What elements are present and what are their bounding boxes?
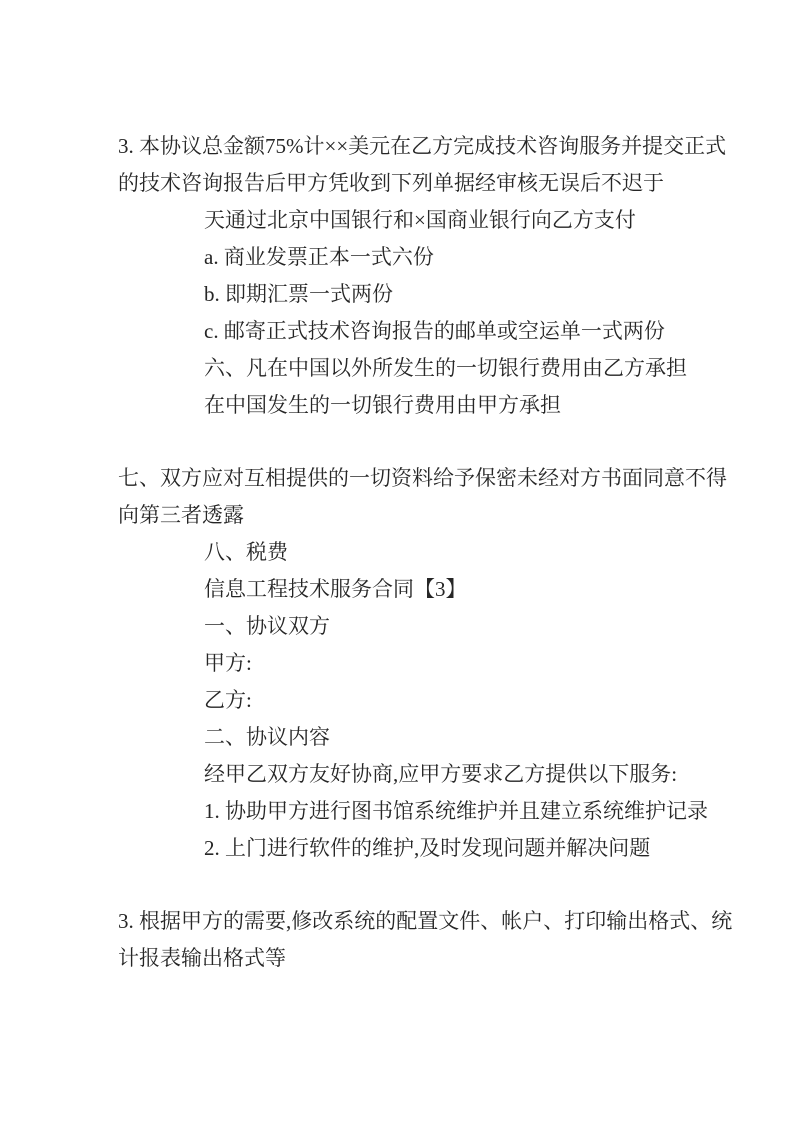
doc-line: 2. 上门进行软件的维护,及时发现问题并解决问题	[204, 830, 800, 867]
doc-line: 乙方:	[204, 682, 800, 719]
doc-line: 的技术咨询报告后甲方凭收到下列单据经审核无误后不迟于	[118, 165, 800, 202]
doc-line: a. 商业发票正本一式六份	[204, 239, 800, 276]
doc-line: 七、双方应对互相提供的一切资料给予保密未经对方书面同意不得	[118, 460, 800, 497]
doc-line: 八、税费	[204, 534, 800, 571]
doc-line: 在中国发生的一切银行费用由甲方承担	[204, 387, 800, 424]
doc-line: b. 即期汇票一式两份	[204, 276, 800, 313]
doc-line: 一、协议双方	[204, 608, 800, 645]
doc-blank-line	[0, 424, 800, 460]
doc-line: 二、协议内容	[204, 719, 800, 756]
doc-blank-line	[0, 867, 800, 903]
doc-line: 向第三者透露	[118, 497, 800, 534]
doc-line: 3. 根据甲方的需要,修改系统的配置文件、帐户、打印输出格式、统	[118, 903, 800, 940]
doc-line: 信息工程技术服务合同【3】	[204, 571, 800, 608]
doc-line: 3. 本协议总金额75%计××美元在乙方完成技术咨询服务并提交正式	[118, 128, 800, 165]
doc-line: 经甲乙双方友好协商,应甲方要求乙方提供以下服务:	[204, 756, 800, 793]
doc-line: c. 邮寄正式技术咨询报告的邮单或空运单一式两份	[204, 313, 800, 350]
doc-line: 六、凡在中国以外所发生的一切银行费用由乙方承担	[204, 350, 800, 387]
doc-line: 计报表输出格式等	[118, 940, 800, 977]
document-page: 3. 本协议总金额75%计××美元在乙方完成技术咨询服务并提交正式 的技术咨询报…	[0, 0, 800, 1132]
doc-line: 天通过北京中国银行和×国商业银行向乙方支付	[204, 202, 800, 239]
doc-line: 1. 协助甲方进行图书馆系统维护并且建立系统维护记录	[204, 793, 800, 830]
doc-line: 甲方:	[204, 645, 800, 682]
